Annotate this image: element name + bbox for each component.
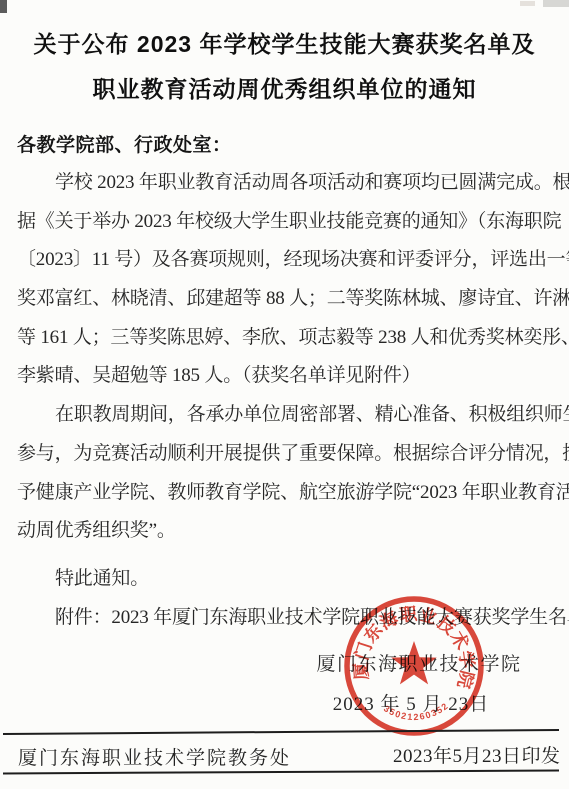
notice-title-line-2: 职业教育活动周优秀组织单位的通知 bbox=[0, 67, 569, 112]
footer-rule-bottom bbox=[3, 770, 559, 775]
scan-artifact bbox=[543, 0, 569, 7]
footer-print-date: 2023年5月23日印发 bbox=[393, 741, 561, 768]
notice-body: 学校 2023 年职业教育活动周各项活动和赛项均已圆满完成。根 据《关于举办 2… bbox=[17, 170, 555, 643]
notice-title-line-1: 关于公布 2023 年学校学生技能大赛获奖名单及 bbox=[0, 22, 569, 67]
salutation: 各教学院部、行政处室： bbox=[17, 130, 232, 157]
seal-star-icon bbox=[391, 641, 437, 684]
footer-issuing-office: 厦门东海职业技术学院教务处 bbox=[18, 743, 291, 770]
scan-artifact bbox=[0, 0, 7, 13]
body-line: 学校 2023 年职业教育活动周各项活动和赛项均已圆满完成。根 bbox=[17, 170, 555, 209]
body-line: 动周优秀组织奖”。 bbox=[17, 518, 555, 557]
official-seal: 厦门东海职业技术学院 350212603529 bbox=[338, 591, 490, 743]
body-line: 〔2023〕11 号）及各赛项规则，经现场决赛和评委评分，评选出一等 bbox=[17, 247, 555, 286]
scan-artifact bbox=[520, 1, 535, 6]
document-page: 关于公布 2023 年学校学生技能大赛获奖名单及 职业教育活动周优秀组织单位的通… bbox=[0, 0, 569, 789]
body-line: 据《关于举办 2023 年校级大学生职业技能竞赛的通知》（东海职院 bbox=[17, 209, 555, 248]
body-line: 参与，为竞赛活动顺利开展提供了重要保障。根据综合评分情况，授 bbox=[17, 441, 555, 480]
body-line: 予健康产业学院、教师教育学院、航空旅游学院“2023 年职业教育活 bbox=[17, 480, 555, 519]
body-line: 奖邓富红、林晓清、邱建超等 88 人；二等奖陈林城、廖诗宜、许淋淋 bbox=[17, 286, 555, 325]
body-line: 李紫晴、吴超勉等 185 人。（获奖名单详见附件） bbox=[17, 363, 555, 402]
notice-title: 关于公布 2023 年学校学生技能大赛获奖名单及 职业教育活动周优秀组织单位的通… bbox=[0, 22, 569, 112]
body-line: 等 161 人；三等奖陈思婷、李欣、项志毅等 238 人和优秀奖林奕彤、 bbox=[17, 325, 555, 364]
body-line: 在职教周期间，各承办单位周密部署、精心准备、积极组织师生 bbox=[17, 402, 555, 441]
